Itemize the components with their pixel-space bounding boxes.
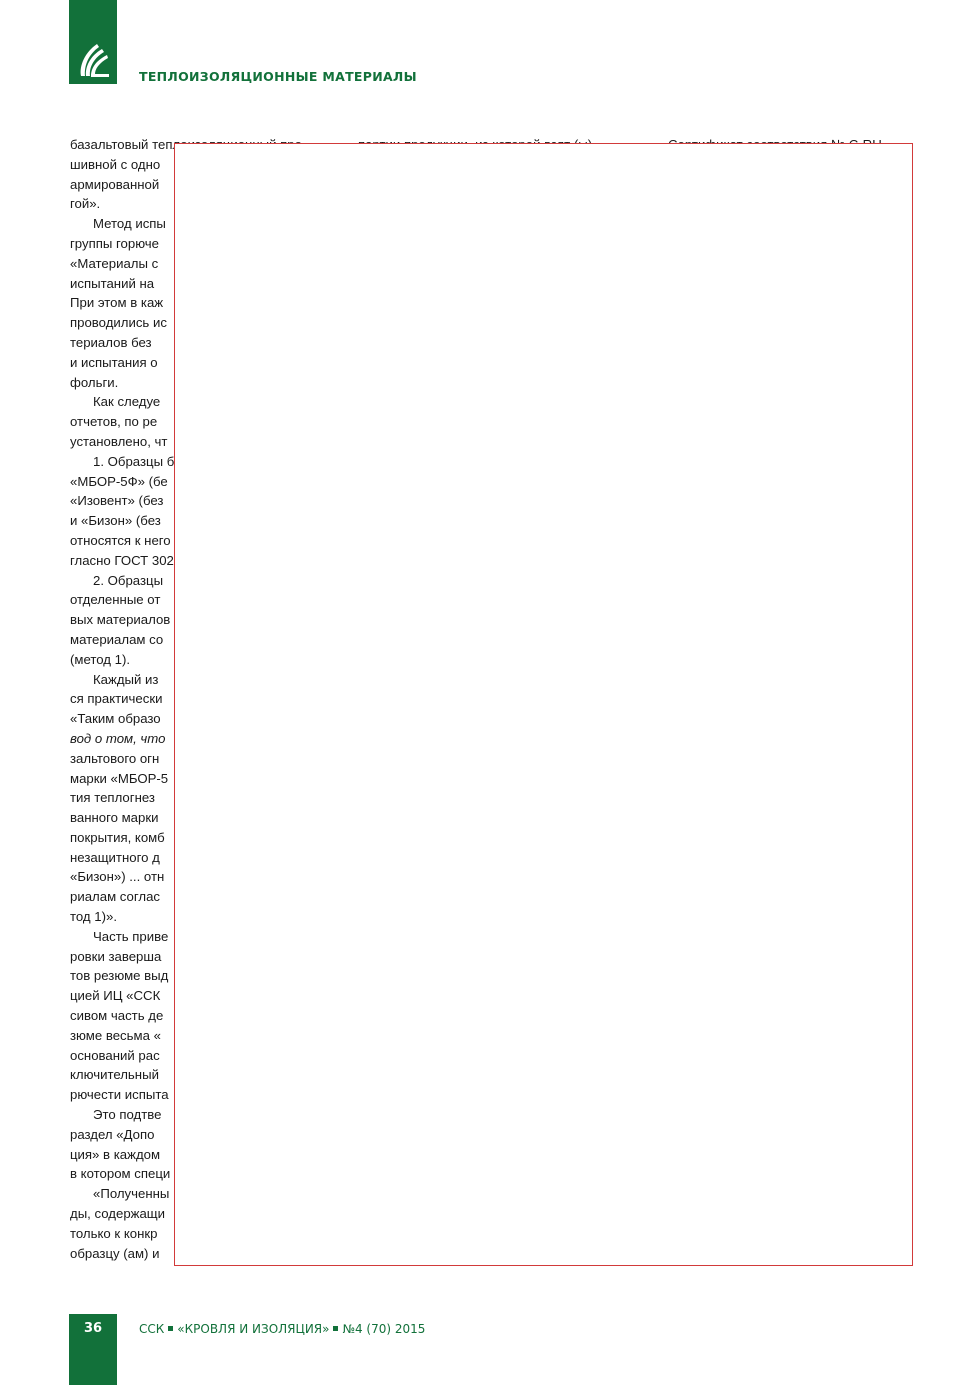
publication-info: ССК«КРОВЛЯ И ИЗОЛЯЦИЯ»№4 (70) 2015 [139,1322,425,1336]
ssk-logo-icon [75,36,111,80]
bullet-icon [333,1326,338,1331]
magazine-title: «КРОВЛЯ И ИЗОЛЯЦИЯ» [177,1322,329,1336]
issue-number: №4 (70) 2015 [342,1322,425,1336]
page-number: 36 [69,1321,117,1336]
footer-green-tab: 36 [69,1314,117,1385]
bullet-icon [168,1326,173,1331]
selection-overlay-box [174,143,913,1266]
section-title: ТЕПЛОИЗОЛЯЦИОННЫЕ МАТЕРИАЛЫ [139,69,417,84]
publisher-name: ССК [139,1322,164,1336]
header-green-tab [69,0,117,84]
